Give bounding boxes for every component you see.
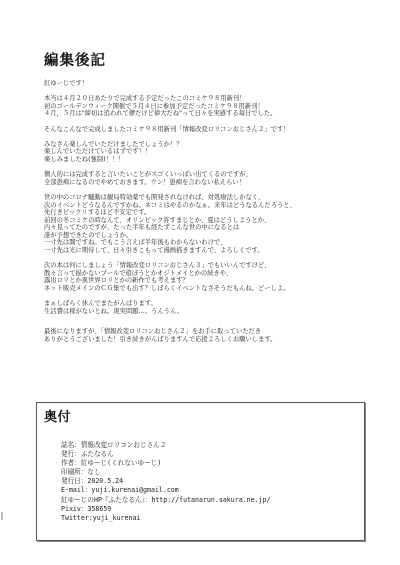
- afterword-body: 紅ゆーじです！ 本当は４月２０日あたりで完成する予定だったこのコミケ９８用新刊！…: [44, 80, 374, 351]
- afterword-paragraph: 最後になりますが、「情報改変ロリコンおじさん２」をお手に取っていただき ありがと…: [44, 328, 374, 343]
- colophon-printer-row: 印刷所：なし: [61, 468, 270, 477]
- text-line: ありがとうございました！引き続きがんばりますんで応援よろしくお願いします。: [44, 336, 374, 344]
- text-line: 全部愚痴になるのでやめておきます。ウン！愚痴を言わない私えらい！: [44, 179, 374, 187]
- afterword-paragraph: 次の本は何にしましょう「情報改変ロリコンおじさん３」でもいいんですけど、 散々言…: [44, 262, 374, 292]
- text-line: 露出ロリとか異世界ロリとかの新作でも考えます？: [44, 277, 374, 285]
- colophon-list: 誌名：情報改変ロリコンおじさん２ 発行：ふたなるん 作者：紅ゆーじ(くれないゆー…: [61, 441, 270, 523]
- colophon-publisher-row: 発行：ふたなるん: [61, 450, 270, 459]
- colophon-title: 奥付: [44, 406, 71, 425]
- page-edge-mark: [1, 512, 3, 520]
- afterword-paragraph: 個人的には完成すると言いたいことがスゴくいっぱい出てくるのですが、 全部愚痴にな…: [44, 171, 374, 186]
- text-line: 楽しんでいただけているはずです！！: [44, 148, 374, 156]
- afterword-paragraph: 世の中のコロナ騒動は観局特効薬でも開発されなければ、対処療法しかなく、 次のイベ…: [44, 194, 374, 255]
- colophon-pixiv-row: Pixiv：358659: [61, 505, 270, 514]
- text-line: 先行きビックリするほど不安定です。: [44, 209, 374, 217]
- afterword-title: 編集後記: [44, 49, 106, 70]
- text-line: ネット販売メインのＣＧ集でも出す？しばらくイベントなさそうだもんね。どーしよ。: [44, 285, 374, 293]
- colophon-date-row: 発行日：2020.5.24: [61, 477, 270, 486]
- text-line: 紅ゆーじです！: [44, 80, 374, 88]
- afterword-paragraph: まぁしばらく休んでまたがんばります。 生活費は稼がないとね。現実問題…。うんうん…: [44, 300, 374, 315]
- text-line: 最後になりますが、「情報改変ロリコンおじさん２」をお手に取っていただき: [44, 328, 374, 336]
- text-line: 内々見ってたのですが、たった半年も経たずこんな世の中になるとは: [44, 224, 374, 232]
- colophon-title-row: 誌名：情報改変ロリコンおじさん２: [61, 441, 270, 450]
- colophon-homepage-row: 紅ゆーじのHP『ふたなるん』：http://futanarun.sakura.n…: [61, 496, 270, 505]
- text-line: 一寸先は光に期待して、日々引きこもって漫画描きますんで、よろしくです。: [44, 247, 374, 255]
- text-line: 楽しみましたね(強制)！！！: [44, 156, 374, 164]
- text-line: 一寸先は闇ですね。でもこう言えば半年後もわからないわけで、: [44, 239, 374, 247]
- colophon-author-row: 作者：紅ゆーじ(くれないゆーじ): [61, 459, 270, 468]
- text-line: そんなこんなで完成しましたコミケ９８用新刊「情報改変ロリコンおじさん２」です！: [44, 126, 374, 134]
- colophon-email-row: E-mail：yuji.kurenai@gmail.com: [61, 486, 270, 495]
- text-line: ４月，５月は"締切は追われて儚だけど偉大だね"って日々を実感する毎日でした。: [44, 110, 374, 118]
- text-line: まぁしばらく休んでまたがんばります。: [44, 300, 374, 308]
- afterword-paragraph: 紅ゆーじです！: [44, 80, 374, 88]
- text-line: 個人的には完成すると言いたいことがスゴくいっぱい出てくるのですが、: [44, 171, 374, 179]
- colophon-twitter-row: Twitter:yuji_kurenai: [61, 514, 270, 523]
- colophon-box: 奥付 誌名：情報改変ロリコンおじさん２ 発行：ふたなるん 作者：紅ゆーじ(くれな…: [36, 402, 365, 541]
- afterword-paragraph: みなさん楽しんでいただけましたでしょうか！？ 楽しんでいただけているはずです！！…: [44, 141, 374, 164]
- afterword-paragraph: 本当は４月２０日あたりで完成する予定だったこのコミケ９８用新刊！ 初のゴールデン…: [44, 95, 374, 118]
- text-line: 生活費は稼がないとね。現実問題…。うんうん。: [44, 308, 374, 316]
- text-line: 世の中のコロナ騒動は観局特効薬でも開発されなければ、対処療法しかなく、: [44, 194, 374, 202]
- text-line: 次の本は何にしましょう「情報改変ロリコンおじさん３」でもいいんですけど、: [44, 262, 374, 270]
- text-line: 次のイベントどうなるんですかね。ネコミはやるのかなぁ。来年はどうなるんだろうと、: [44, 202, 374, 210]
- afterword-paragraph: そんなこんなで完成しましたコミケ９８用新刊「情報改変ロリコンおじさん２」です！: [44, 126, 374, 134]
- text-line: 本当は４月２０日あたりで完成する予定だったこのコミケ９８用新刊！: [44, 95, 374, 103]
